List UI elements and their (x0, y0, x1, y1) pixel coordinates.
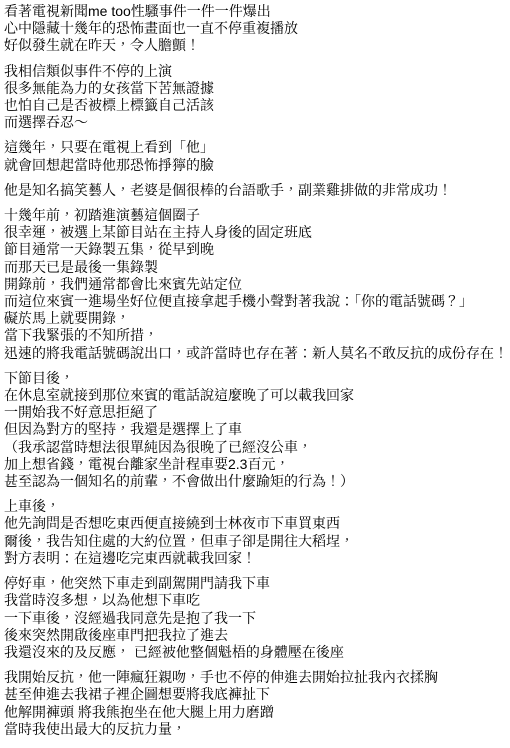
text-line: 十幾年前，初踏進演藝這個圈子 (4, 207, 508, 224)
text-line: 上車後， (4, 498, 508, 515)
text-line: 後來突然開啟後座車門把我拉了進去 (4, 627, 508, 644)
paragraph: 我開始反抗，他一陣瘋狂親吻，手也不停的伸進去開始拉扯我內衣揉胸 甚至伸進去我裙子… (4, 669, 508, 738)
text-line: 開錄前，我們通常都會比來賓先站定位 (4, 276, 508, 293)
text-line: 當下我緊張的不知所措， (4, 327, 508, 344)
paragraph: 十幾年前，初踏進演藝這個圈子 很幸運，被選上某節目站在主持人身後的固定班底 節目… (4, 207, 508, 362)
text-line: 心中隱藏十幾年的恐怖畫面也一直不停重複播放 (4, 20, 508, 37)
paragraph: 這幾年，只要在電視上看到「他」 就會回想起當時他那恐怖掙獰的臉 (4, 139, 508, 173)
post-text: 看著電視新聞me too性騷事件一件一件爆出 心中隱藏十幾年的恐怖畫面也一直不停… (0, 0, 510, 738)
text-line: 看著電視新聞me too性騷事件一件一件爆出 (4, 3, 508, 20)
text-line: 他解開褲頭 將我熊抱坐在他大腿上用力磨蹭 (4, 704, 508, 721)
paragraph: 停好車，他突然下車走到副駕開門請我下車 我當時沒多想，以為他想下車吃 一下車後，… (4, 575, 508, 661)
text-line: 甚至伸進去我裙子裡企圖想要將我底褲扯下 (4, 686, 508, 703)
text-line: 而那天已是最後一集錄製 (4, 259, 508, 276)
paragraph: 看著電視新聞me too性騷事件一件一件爆出 心中隱藏十幾年的恐怖畫面也一直不停… (4, 3, 508, 55)
text-line: 但因為對方的堅持，我還是選擇上了車 (4, 421, 508, 438)
text-line: 我還沒來的及反應， 已經被他整個魁梧的身體壓在後座 (4, 644, 508, 661)
text-line: 礙於馬上就要開錄， (4, 310, 508, 327)
paragraph: 我相信類似事件不停的上演 很多無能為力的女孩當下苦無證據 也怕自己是否被標上標籤… (4, 63, 508, 132)
text-line: 對方表明：在這邊吃完東西就載我回家！ (4, 550, 508, 567)
text-line: 加上想省錢，電視台離家坐計程車要2.3百元， (4, 456, 508, 473)
text-line: 我開始反抗，他一陣瘋狂親吻，手也不停的伸進去開始拉扯我內衣揉胸 (4, 669, 508, 686)
text-line: 而這位來賓一進場坐好位便直接拿起手機小聲對著我說：「你的電話號碼？」 (4, 293, 508, 310)
text-line: 好似發生就在昨天，令人膽顫！ (4, 37, 508, 54)
text-line: 迅速的將我電話號碼說出口，或許當時也存在著：新人莫名不敢反抗的成份存在！ (4, 345, 508, 362)
paragraph: 下節目後， 在休息室就接到那位來賓的電話說這麼晚了可以載我回家 一開始我不好意思… (4, 370, 508, 490)
text-line: 就會回想起當時他那恐怖掙獰的臉 (4, 157, 508, 174)
text-line: 節目通常一天錄製五集，從早到晚 (4, 241, 508, 258)
text-line: （我承認當時想法很單純因為很晚了已經沒公車， (4, 439, 508, 456)
text-line: 我相信類似事件不停的上演 (4, 63, 508, 80)
text-line: 這幾年，只要在電視上看到「他」 (4, 139, 508, 156)
text-line: 很多無能為力的女孩當下苦無證據 (4, 80, 508, 97)
text-line: 停好車，他突然下車走到副駕開門請我下車 (4, 575, 508, 592)
text-line: 而選擇吞忍～ (4, 114, 508, 131)
paragraph: 上車後， 他先詢問是否想吃東西便直接繞到士林夜市下車買東西 爾後，我告知住處的大… (4, 498, 508, 567)
text-line: 在休息室就接到那位來賓的電話說這麼晚了可以載我回家 (4, 387, 508, 404)
paragraph: 他是知名搞笑藝人，老婆是個很棒的台語歌手，副業雞排做的非常成功！ (4, 182, 508, 199)
text-line: 他先詢問是否想吃東西便直接繞到士林夜市下車買東西 (4, 515, 508, 532)
text-line: 很幸運，被選上某節目站在主持人身後的固定班底 (4, 224, 508, 241)
text-line: 一下車後，沒經過我同意先是抱了我一下 (4, 610, 508, 627)
text-line: 下節目後， (4, 370, 508, 387)
text-line: 他是知名搞笑藝人，老婆是個很棒的台語歌手，副業雞排做的非常成功！ (4, 182, 508, 199)
text-line: 我當時沒多想，以為他想下車吃 (4, 592, 508, 609)
text-line: 當時我使出最大的反抗力量， (4, 721, 508, 738)
text-line: 一開始我不好意思拒絕了 (4, 404, 508, 421)
text-line: 也怕自己是否被標上標籤自己活該 (4, 97, 508, 114)
text-line: 甚至認為一個知名的前輩，不會做出什麼踰矩的行為！） (4, 473, 508, 490)
text-line: 爾後，我告知住處的大約位置，但車子卻是開往大稻埕， (4, 533, 508, 550)
